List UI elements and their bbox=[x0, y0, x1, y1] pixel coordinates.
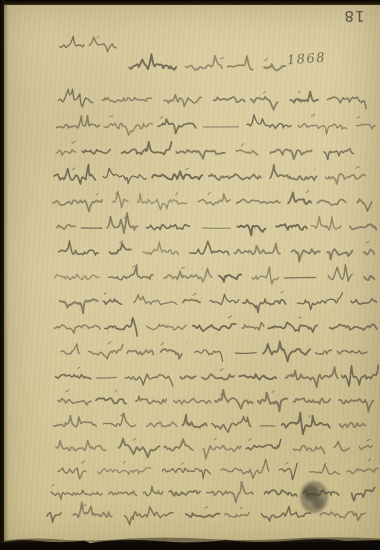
handwriting-ink bbox=[0, 0, 380, 550]
letter-scan-page: 18 1868 bbox=[0, 0, 380, 550]
ink-blot bbox=[300, 481, 328, 513]
handwriting-strokes bbox=[47, 36, 378, 525]
